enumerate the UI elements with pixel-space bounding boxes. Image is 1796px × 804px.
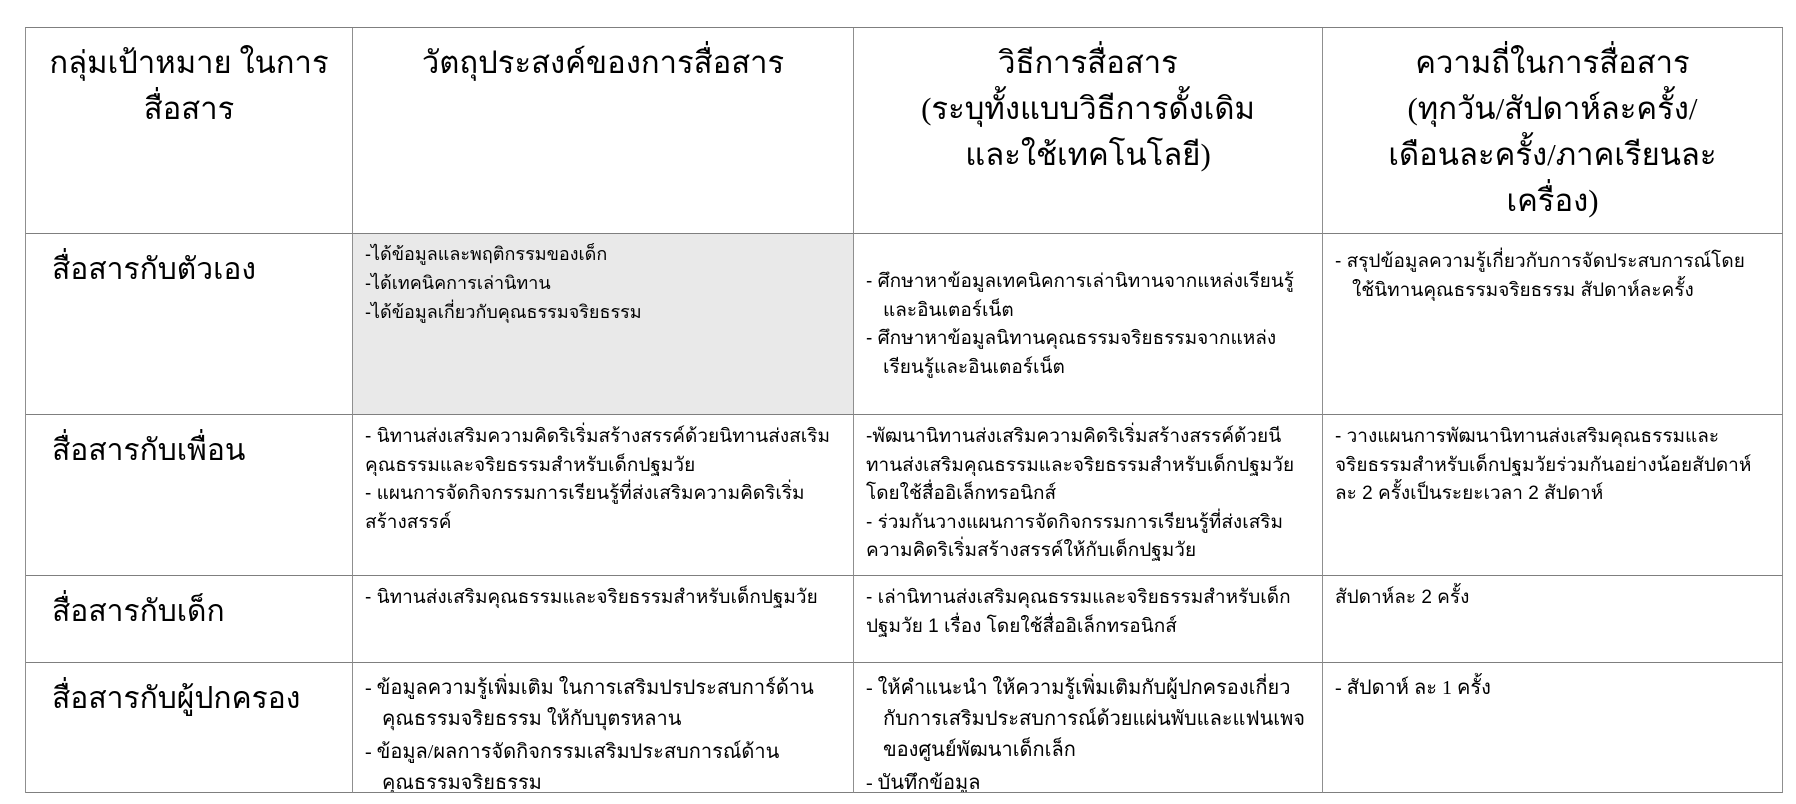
row-parents-methods-cell: - ให้คำแนะนำ ให้ความรู้เพิ่มเติมกับผู้ปก… xyxy=(854,663,1323,793)
cell-text-line: -ได้ข้อมูลเกี่ยวกับคุณธรรมจริยธรรม xyxy=(365,298,837,327)
cell-text-line: - สรุปข้อมูลความรู้เกี่ยวกับการจัดประสบก… xyxy=(1335,248,1748,305)
row-children-target-label: สื่อสารกับเด็ก xyxy=(26,576,353,663)
row-friends-target-label: สื่อสารกับเพื่อน xyxy=(26,415,353,576)
row-self-target-label: สื่อสารกับตัวเอง xyxy=(26,234,353,415)
cell-text-line: - สัปดาห์ ละ 1 ครั้ง xyxy=(1335,673,1768,704)
row-friends-methods-cell: -พัฒนานิทานส่งเสริมความคิดริเริ่มสร้างสร… xyxy=(854,415,1323,576)
cell-text-line: - นิทานส่งเสริมความคิดริเริ่มสร้างสรรค์ด… xyxy=(365,423,837,480)
cell-text-line: สัปดาห์ละ 2 ครั้ง xyxy=(1335,584,1766,613)
cell-text-line: - ร่วมกันวางแผนการจัดกิจกรรมการเรียนรู้ท… xyxy=(866,509,1306,566)
cell-text-line: เดือนละครั้ง/ภาคเรียนละ xyxy=(1341,132,1764,178)
row-self-frequency-cell: - สรุปข้อมูลความรู้เกี่ยวกับการจัดประสบก… xyxy=(1323,234,1783,415)
cell-text-line: (ระบุทั้งแบบวิธีการดั้งเดิม xyxy=(872,86,1304,132)
cell-text-line: - เล่านิทานส่งเสริมคุณธรรมและจริยธรรมสำห… xyxy=(866,584,1306,641)
cell-text-line: - บันทึกข้อมูล xyxy=(866,768,1308,793)
cell-text-line: และใช้เทคโนโลยี) xyxy=(872,132,1304,178)
row-self-objectives-cell: -ได้ข้อมูลและพฤติกรรมของเด็ก-ได้เทคนิคกา… xyxy=(353,234,854,415)
header-cell-frequency: ความถี่ในการสื่อสาร(ทุกวัน/สัปดาห์ละครั้… xyxy=(1323,28,1783,234)
header-cell-methods: วิธีการสื่อสาร(ระบุทั้งแบบวิธีการดั้งเดิ… xyxy=(854,28,1323,234)
cell-text-line: - ให้คำแนะนำ ให้ความรู้เพิ่มเติมกับผู้ปก… xyxy=(866,673,1308,766)
page: { "table": { "headers": [ { "lines": ["ก… xyxy=(0,0,1796,804)
row-parents-objectives-cell: - ข้อมูลความรู้เพิ่มเติม ในการเสริมปรประ… xyxy=(353,663,854,793)
row-parents-frequency-cell: - สัปดาห์ ละ 1 ครั้ง xyxy=(1323,663,1783,793)
row-friends-frequency-cell: - วางแผนการพัฒนานิทานส่งเสริมคุณธรรมและจ… xyxy=(1323,415,1783,576)
row-children-methods-cell: - เล่านิทานส่งเสริมคุณธรรมและจริยธรรมสำห… xyxy=(854,576,1323,663)
cell-text-line: - ศึกษาหาข้อมูลเทคนิคการเล่านิทานจากแหล่… xyxy=(866,268,1306,325)
cell-text-line: -ได้เทคนิคการเล่านิทาน xyxy=(365,269,837,298)
cell-text-line: สื่อสาร xyxy=(44,86,334,132)
cell-text-line: -ได้ข้อมูลและพฤติกรรมของเด็ก xyxy=(365,240,837,269)
row-self-methods-cell: - ศึกษาหาข้อมูลเทคนิคการเล่านิทานจากแหล่… xyxy=(854,234,1323,415)
cell-text-line: - ศึกษาหาข้อมูลนิทานคุณธรรมจริยธรรมจากแห… xyxy=(866,325,1306,382)
cell-text-line: กลุ่มเป้าหมาย ในการ xyxy=(44,40,334,86)
cell-text-line: (ทุกวัน/สัปดาห์ละครั้ง/ xyxy=(1341,86,1764,132)
row-parents-target-label: สื่อสารกับผู้ปกครอง xyxy=(26,663,353,793)
header-cell-objectives: วัตถุประสงค์ของการสื่อสาร xyxy=(353,28,854,234)
row-friends-objectives-cell: - นิทานส่งเสริมความคิดริเริ่มสร้างสรรค์ด… xyxy=(353,415,854,576)
row-children-frequency-cell: สัปดาห์ละ 2 ครั้ง xyxy=(1323,576,1783,663)
cell-text-line: วิธีการสื่อสาร xyxy=(872,40,1304,86)
cell-text-line: - วางแผนการพัฒนานิทานส่งเสริมคุณธรรมและจ… xyxy=(1335,423,1766,509)
cell-text-line: เครื่อง) xyxy=(1341,178,1764,224)
cell-text-line: ความถี่ในการสื่อสาร xyxy=(1341,40,1764,86)
cell-text-line: - แผนการจัดกิจกรรมการเรียนรู้ที่ส่งเสริม… xyxy=(365,480,837,537)
cell-text-line: วัตถุประสงค์ของการสื่อสาร xyxy=(371,40,835,86)
cell-text-line: - ข้อมูล/ผลการจัดกิจกรรมเสริมประสบการณ์ด… xyxy=(365,737,839,793)
cell-text-line: - ข้อมูลความรู้เพิ่มเติม ในการเสริมปรประ… xyxy=(365,673,839,735)
header-cell-target-group: กลุ่มเป้าหมาย ในการสื่อสาร xyxy=(26,28,353,234)
communication-plan-table: กลุ่มเป้าหมาย ในการสื่อสาร วัตถุประสงค์ข… xyxy=(25,27,1783,793)
cell-text-line: - นิทานส่งเสริมคุณธรรมและจริยธรรมสำหรับเ… xyxy=(365,584,837,613)
row-children-objectives-cell: - นิทานส่งเสริมคุณธรรมและจริยธรรมสำหรับเ… xyxy=(353,576,854,663)
cell-text-line: -พัฒนานิทานส่งเสริมความคิดริเริ่มสร้างสร… xyxy=(866,423,1306,509)
